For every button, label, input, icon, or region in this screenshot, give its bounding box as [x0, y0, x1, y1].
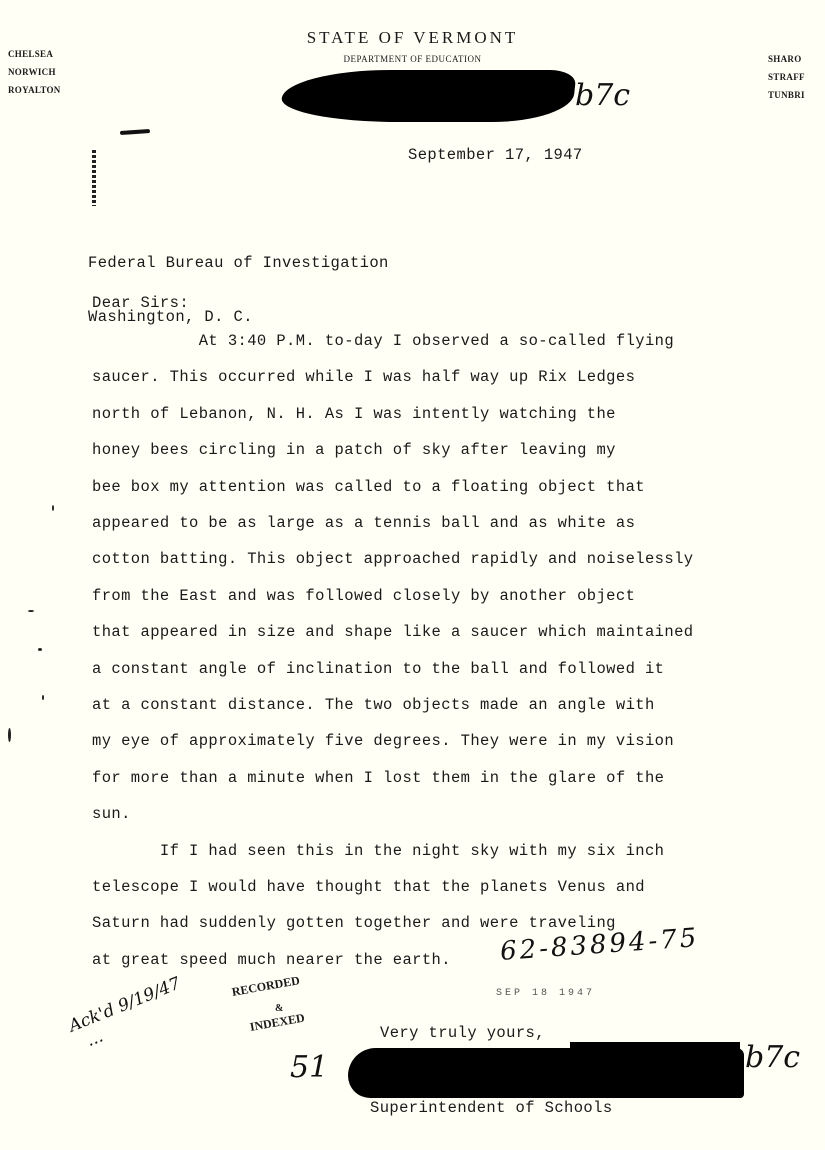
- ink-speck: [52, 505, 54, 511]
- signature-title: Superintendent of Schools: [370, 1099, 613, 1117]
- redaction-code-bottom: b7c: [745, 1040, 800, 1075]
- letterhead-department: DEPARTMENT OF EDUCATION: [0, 54, 825, 64]
- body-line: my eye of approximately five degrees. Th…: [92, 732, 674, 750]
- salutation: Dear Sirs:: [92, 294, 189, 312]
- body-line: north of Lebanon, N. H. As I was intentl…: [92, 405, 616, 423]
- towns-right: SHARO STRAFF TUNBRI: [768, 50, 805, 104]
- stamp-ampersand: &: [275, 1003, 283, 1014]
- recipient-address: Federal Bureau of Investigation Washingt…: [88, 218, 389, 344]
- town: CHELSEA: [8, 45, 61, 63]
- redaction-code-top: b7c: [575, 78, 630, 113]
- letter-date: September 17, 1947: [408, 146, 583, 164]
- body-line: honey bees circling in a patch of sky af…: [92, 441, 616, 459]
- redaction-block-top: [279, 70, 576, 122]
- body-line: from the East and was followed closely b…: [92, 587, 635, 605]
- closing: Very truly yours,: [380, 1024, 545, 1042]
- stamp-indexed: INDEXED: [249, 1011, 306, 1035]
- body-line: Saturn had suddenly gotten together and …: [92, 914, 616, 932]
- ink-speck: [38, 648, 42, 651]
- body-line: saucer. This occurred while I was half w…: [92, 368, 635, 386]
- ink-speck: [42, 695, 44, 700]
- town: TUNBRI: [768, 86, 805, 104]
- ink-scribble: [120, 129, 150, 135]
- towns-left: CHELSEA NORWICH ROYALTON: [8, 45, 61, 99]
- body-line: at a constant distance. The two objects …: [92, 696, 655, 714]
- ink-speck: [8, 728, 11, 742]
- handwritten-acknowledgement: Ack'd 9/19/47 ...: [66, 974, 191, 1056]
- body-line: that appeared in size and shape like a s…: [92, 623, 694, 641]
- stamp-number: 51: [290, 1050, 328, 1085]
- recipient-line: Federal Bureau of Investigation: [88, 254, 389, 272]
- town: ROYALTON: [8, 81, 61, 99]
- body-line: appeared to be as large as a tennis ball…: [92, 514, 635, 532]
- letterhead-title: STATE OF VERMONT: [0, 28, 825, 48]
- ink-speck: [28, 610, 34, 612]
- body-line: At 3:40 P.M. to-day I observed a so-call…: [92, 332, 674, 350]
- stamp-recorded: RECORDED: [231, 973, 301, 1000]
- body-line: sun.: [92, 805, 131, 823]
- town: STRAFF: [768, 68, 805, 86]
- binder-hole-mark: [92, 150, 96, 206]
- body-line: cotton batting. This object approached r…: [92, 550, 694, 568]
- redaction-block-signature: [348, 1048, 744, 1098]
- town: NORWICH: [8, 63, 61, 81]
- town: SHARO: [768, 50, 805, 68]
- body-line: If I had seen this in the night sky with…: [92, 842, 664, 860]
- received-stamp: SEP 18 1947: [496, 988, 595, 999]
- body-line: for more than a minute when I lost them …: [92, 769, 664, 787]
- body-line: telescope I would have thought that the …: [92, 878, 645, 896]
- body-line: at great speed much nearer the earth.: [92, 951, 451, 969]
- body-line: bee box my attention was called to a flo…: [92, 478, 645, 496]
- body-line: a constant angle of inclination to the b…: [92, 660, 664, 678]
